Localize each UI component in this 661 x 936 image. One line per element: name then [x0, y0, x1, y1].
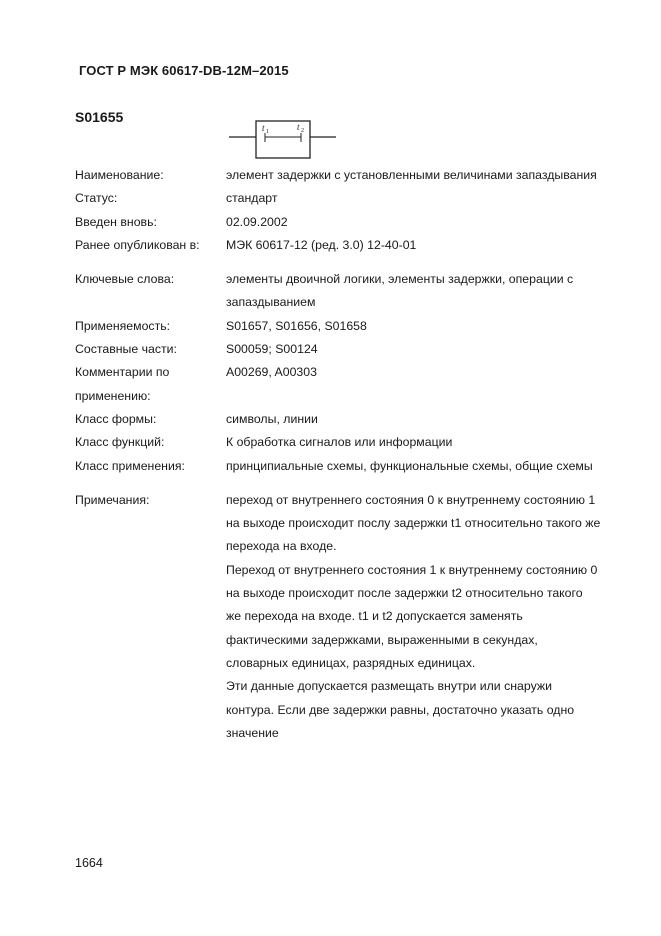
field-label: Класс функций: — [75, 431, 226, 454]
field-value: принципиальные схемы, функциональные схе… — [226, 455, 645, 478]
field-previously-published: Ранее опубликован в: МЭК 60617-12 (ред. … — [75, 234, 645, 257]
field-label: Комментарии по применению: — [75, 361, 226, 408]
notes-text: переход от внутреннего состояния 0 к вну… — [226, 489, 645, 745]
field-application-comments: Комментарии по применению: A00269, A0030… — [75, 361, 645, 408]
field-value: S00059; S00124 — [226, 338, 645, 361]
field-value: S01657, S01656, S01658 — [226, 315, 645, 338]
field-label: Статус: — [75, 187, 226, 210]
field-value: МЭК 60617-12 (ред. 3.0) 12-40-01 — [226, 234, 645, 257]
field-value: 02.09.2002 — [226, 211, 645, 234]
field-introduced: Введен вновь: 02.09.2002 — [75, 211, 645, 234]
field-value: стандарт — [226, 187, 645, 210]
field-application-class: Класс применения: принципиальные схемы, … — [75, 455, 645, 478]
field-label: Примечания: — [75, 489, 226, 745]
field-value: К обработка сигналов или информации — [226, 431, 645, 454]
field-label: Наименование: — [75, 164, 226, 187]
page-number: 1664 — [75, 856, 103, 870]
field-applicability: Применяемость: S01657, S01656, S01658 — [75, 315, 645, 338]
field-label: Класс применения: — [75, 455, 226, 478]
field-value: элементы двоичной логики, элементы задер… — [226, 268, 645, 315]
field-components: Составные части: S00059; S00124 — [75, 338, 645, 361]
field-value: элемент задержки с установленными величи… — [226, 164, 645, 187]
field-label: Ранее опубликован в: — [75, 234, 226, 257]
attribute-table: Наименование: элемент задержки с установ… — [75, 164, 645, 745]
field-name: Наименование: элемент задержки с установ… — [75, 164, 645, 187]
field-label: Применяемость: — [75, 315, 226, 338]
document-header: ГОСТ Р МЭК 60617-DB-12M–2015 — [79, 63, 289, 78]
svg-text:t: t — [262, 123, 265, 133]
field-keywords: Ключевые слова: элементы двоичной логики… — [75, 268, 645, 315]
field-shape-class: Класс формы: символы, линии — [75, 408, 645, 431]
field-label: Ключевые слова: — [75, 268, 226, 315]
field-function-class: Класс функций: К обработка сигналов или … — [75, 431, 645, 454]
field-label: Класс формы: — [75, 408, 226, 431]
svg-text:1: 1 — [266, 129, 269, 135]
svg-text:2: 2 — [301, 128, 304, 134]
field-label: Введен вновь: — [75, 211, 226, 234]
field-notes: Примечания: переход от внутреннего состо… — [75, 489, 645, 745]
field-label: Составные части: — [75, 338, 226, 361]
field-value: A00269, A00303 — [226, 361, 645, 408]
field-value: символы, линии — [226, 408, 645, 431]
field-status: Статус: стандарт — [75, 187, 645, 210]
symbol-code: S01655 — [75, 109, 123, 125]
svg-text:t: t — [297, 122, 300, 132]
delay-element-symbol: t 1 t 2 — [228, 117, 340, 168]
